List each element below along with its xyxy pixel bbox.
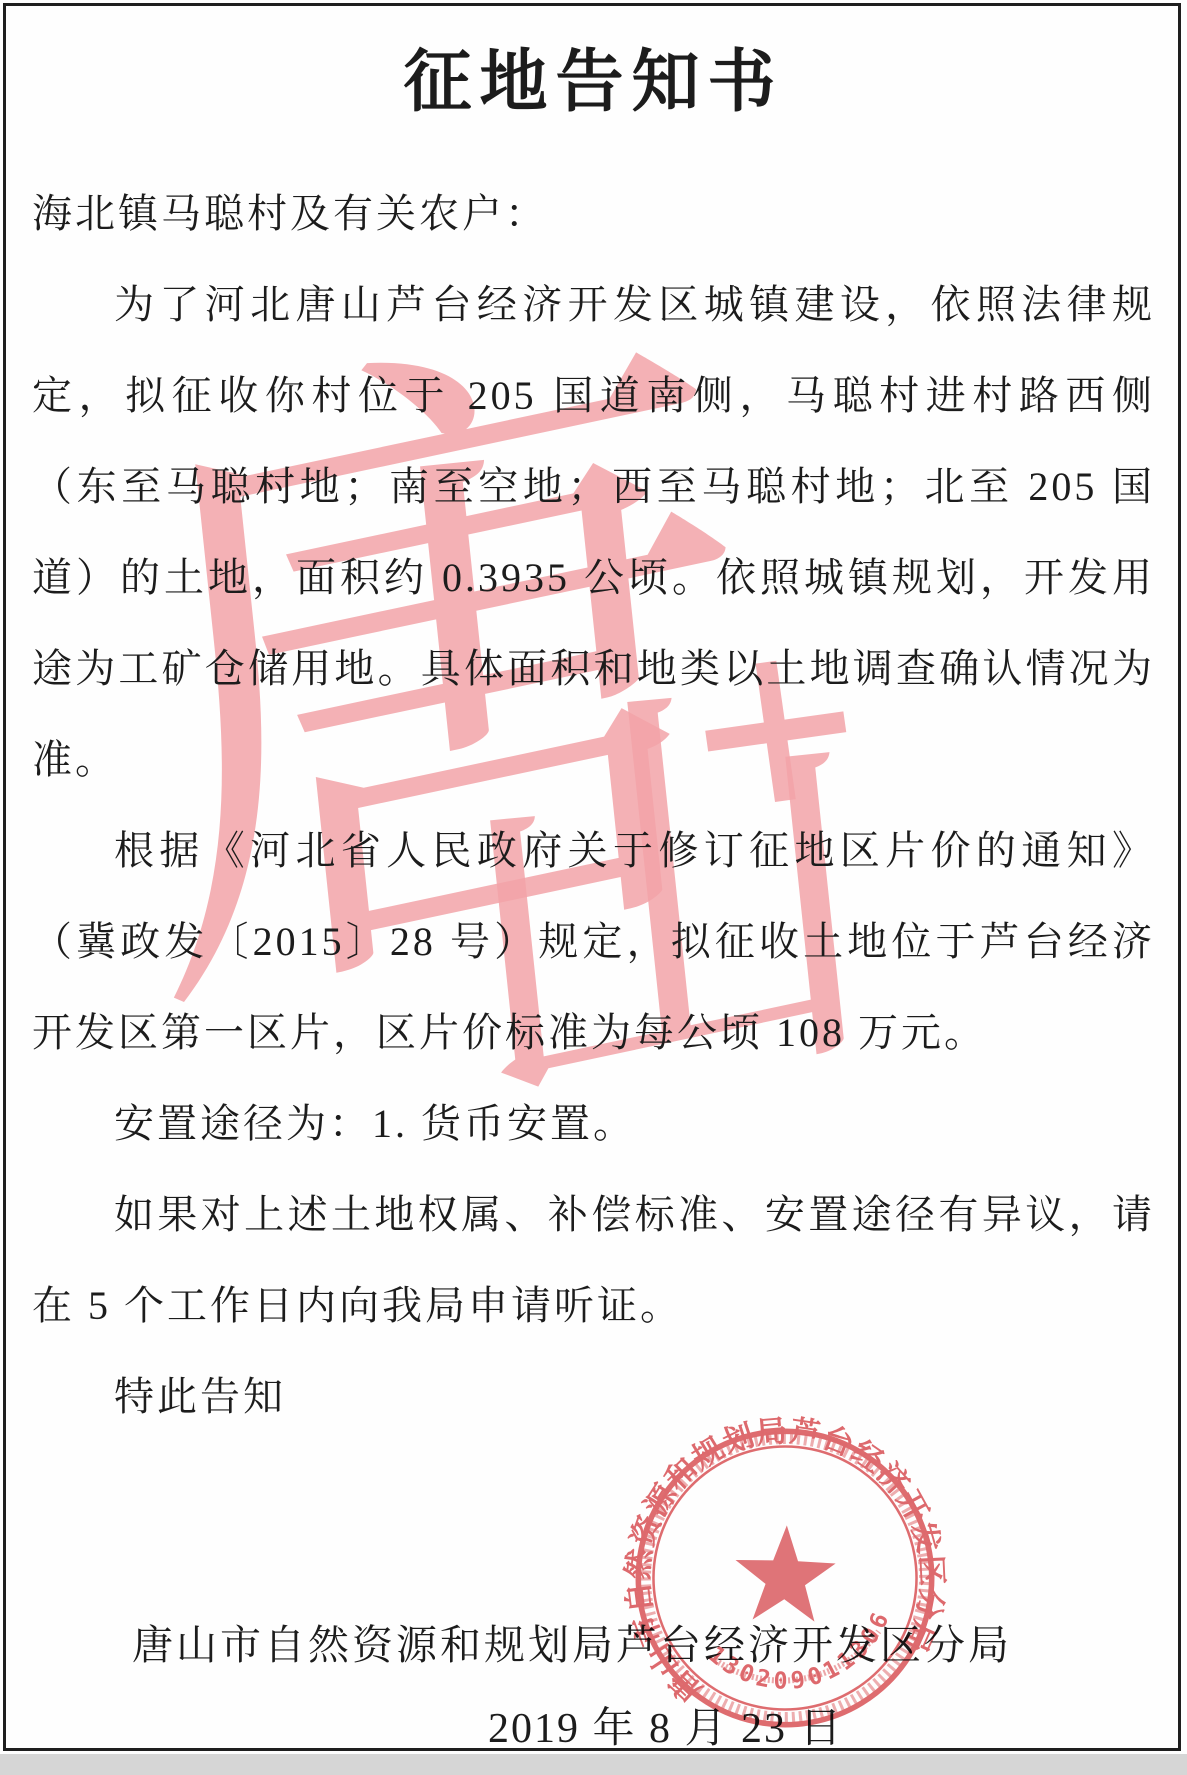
official-seal: 唐山市自然资源和规划局芦台经济开发区分局 1302090113064 [611,1404,959,1752]
page-title: 征地告知书 [0,28,1187,125]
paragraph-resettlement: 安置途径为：1. 货币安置。 [32,1078,1155,1169]
seal-star-icon [733,1524,836,1623]
notice-body: 海北镇马聪村及有关农户： 为了河北唐山芦台经济开发区城镇建设，依照法律规定，拟征… [32,168,1155,1442]
paragraph-compensation-standard: 根据《河北省人民政府关于修订征地区片价的通知》（冀政发〔2015〕28 号）规定… [32,805,1155,1078]
salutation-line: 海北镇马聪村及有关农户： [32,168,1155,259]
scan-bottom-strip [0,1754,1187,1775]
scanned-notice-page: 唐 山 + 征地告知书 海北镇马聪村及有关农户： 为了河北唐山芦台经济开发区城镇… [0,0,1187,1775]
paragraph-closing: 特此告知 [32,1351,1155,1442]
paragraph-land-description: 为了河北唐山芦台经济开发区城镇建设，依照法律规定，拟征收你村位于 205 国道南… [32,259,1155,805]
paragraph-hearing-rights: 如果对上述土地权属、补偿标准、安置途径有异议，请在 5 个工作日内向我局申请听证… [32,1169,1155,1351]
